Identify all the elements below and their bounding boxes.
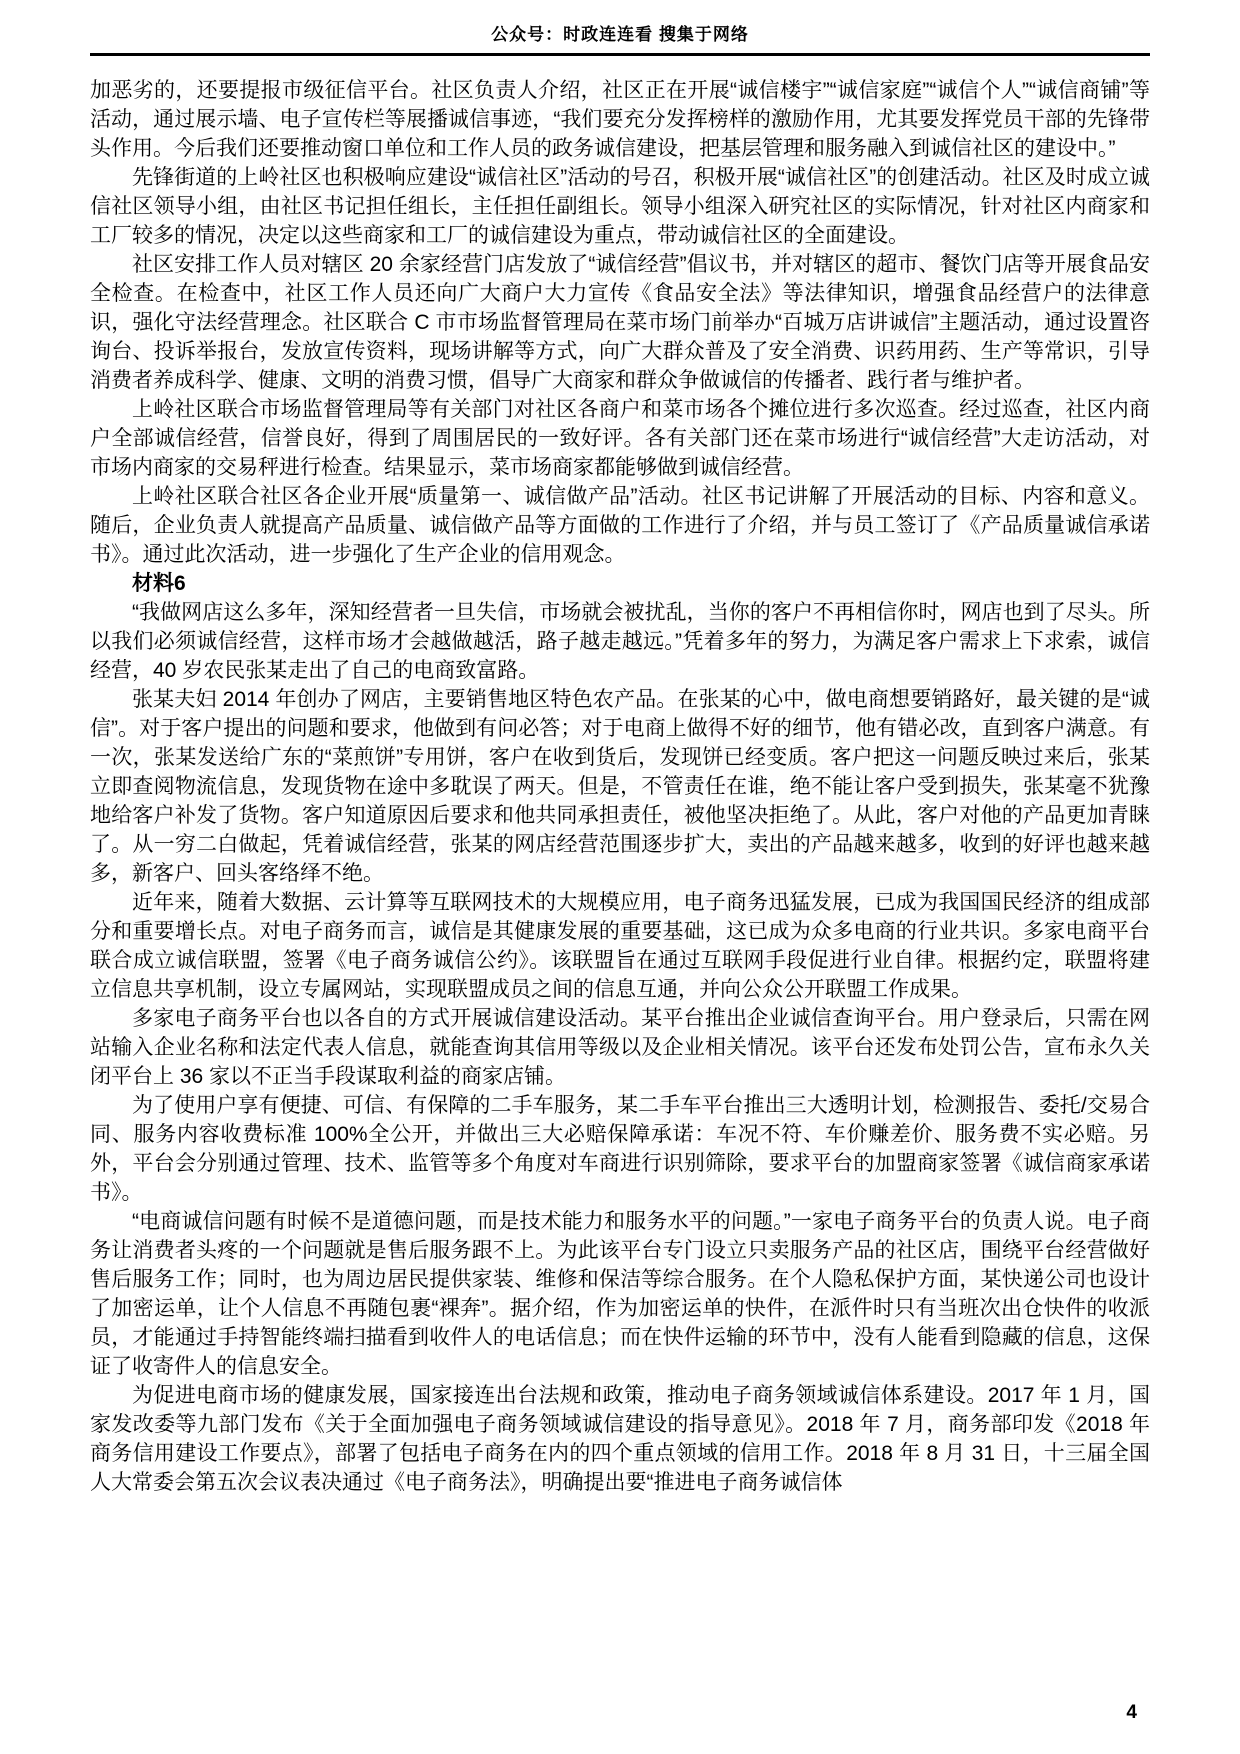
material-6-heading: 材料6 [90,569,1150,598]
header-title: 公众号：时政连连看 搜集于网络 [90,24,1150,46]
page-header: 公众号：时政连连看 搜集于网络 [90,24,1150,56]
paragraph: “我做网店这么多年，深知经营者一旦失信，市场就会被扰乱，当你的客户不再相信你时，… [90,598,1150,685]
paragraph: 多家电子商务平台也以各自的方式开展诚信建设活动。某平台推出企业诚信查询平台。用户… [90,1004,1150,1091]
document-page: 公众号：时政连连看 搜集于网络 加恶劣的，还要提报市级征信平台。社区负责人介绍，… [0,0,1240,1754]
paragraph-continuation: 加恶劣的，还要提报市级征信平台。社区负责人介绍，社区正在开展“诚信楼宇”“诚信家… [90,76,1150,163]
document-body: 加恶劣的，还要提报市级征信平台。社区负责人介绍，社区正在开展“诚信楼宇”“诚信家… [90,76,1150,1497]
paragraph: 先锋街道的上岭社区也积极响应建设“诚信社区”活动的号召，积极开展“诚信社区”的创… [90,163,1150,250]
paragraph: 为了使用户享有便捷、可信、有保障的二手车服务，某二手车平台推出三大透明计划，检测… [90,1091,1150,1207]
paragraph: 上岭社区联合市场监督管理局等有关部门对社区各商户和菜市场各个摊位进行多次巡查。经… [90,395,1150,482]
page-number: 4 [1126,1702,1137,1724]
paragraph: 上岭社区联合社区各企业开展“质量第一、诚信做产品”活动。社区书记讲解了开展活动的… [90,482,1150,569]
paragraph: 社区安排工作人员对辖区 20 余家经营门店发放了“诚信经营”倡议书，并对辖区的超… [90,250,1150,395]
paragraph: 近年来，随着大数据、云计算等互联网技术的大规模应用，电子商务迅猛发展，已成为我国… [90,888,1150,1004]
paragraph: 张某夫妇 2014 年创办了网店，主要销售地区特色农产品。在张某的心中，做电商想… [90,685,1150,888]
paragraph: “电商诚信问题有时候不是道德问题，而是技术能力和服务水平的问题。”一家电子商务平… [90,1207,1150,1381]
header-divider [90,53,1150,56]
paragraph: 为促进电商市场的健康发展，国家接连出台法规和政策，推动电子商务领域诚信体系建设。… [90,1381,1150,1497]
